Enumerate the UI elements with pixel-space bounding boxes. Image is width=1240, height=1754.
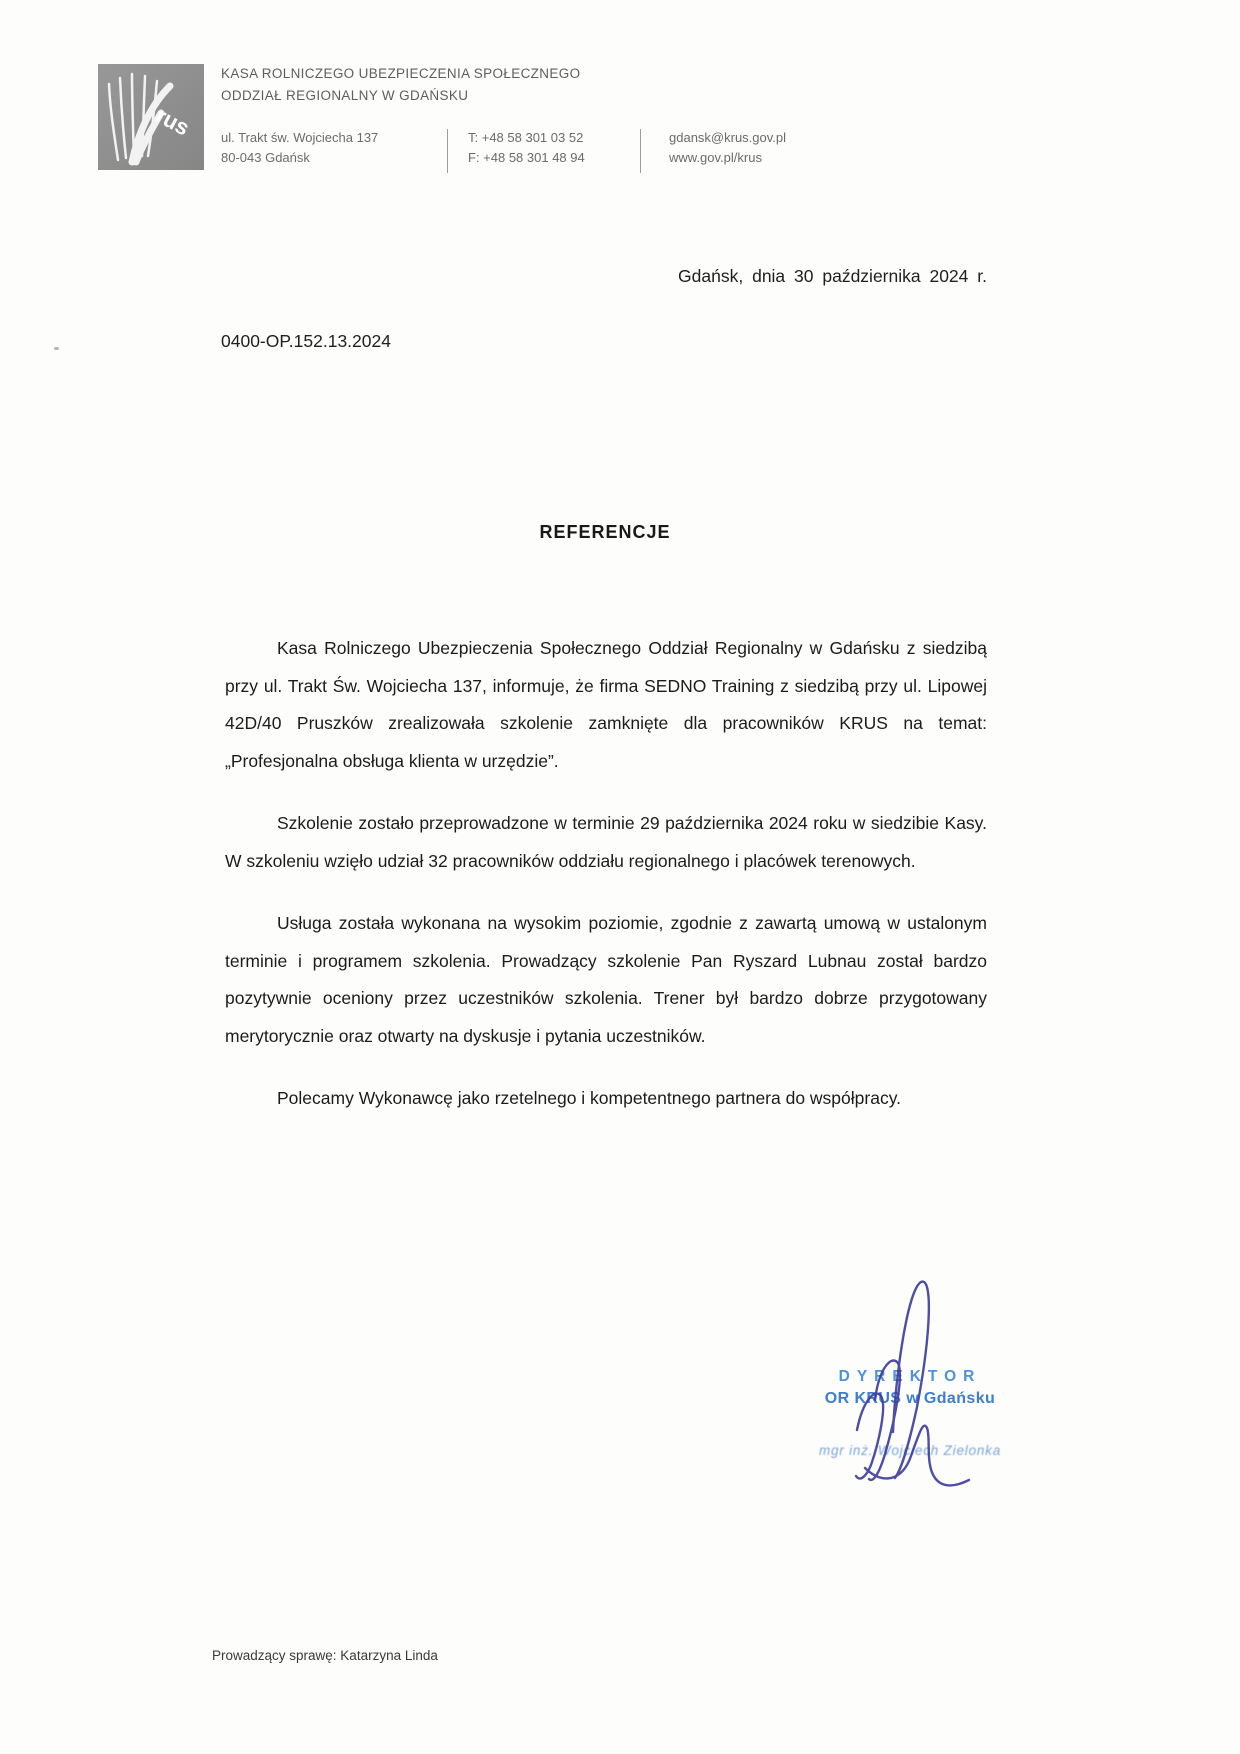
org-name-line1: KASA ROLNICZEGO UBEZPIECZENIA SPOŁECZNEG… <box>221 63 580 85</box>
letter-body: Kasa Rolniczego Ubezpieczenia Społeczneg… <box>225 630 987 1143</box>
org-name-line2: ODDZIAŁ REGIONALNY W GDAŃSKU <box>221 85 580 107</box>
web-block: gdansk@krus.gov.pl www.gov.pl/krus <box>641 128 786 168</box>
phone-block: T: +48 58 301 03 52 F: +48 58 301 48 94 <box>448 128 640 168</box>
org-name-block: KASA ROLNICZEGO UBEZPIECZENIA SPOŁECZNEG… <box>221 63 580 107</box>
fax-number: F: +48 58 301 48 94 <box>468 148 640 168</box>
paragraph-4: Polecamy Wykonawcę jako rzetelnego i kom… <box>225 1080 987 1118</box>
email-address: gdansk@krus.gov.pl <box>669 128 786 148</box>
place-and-date: Gdańsk, dnia 30 października 2024 r. <box>678 266 987 287</box>
address-street: ul. Trakt św. Wojciecha 137 <box>221 128 447 148</box>
address-city: 80-043 Gdańsk <box>221 148 447 168</box>
address-block: ul. Trakt św. Wojciecha 137 80-043 Gdańs… <box>221 128 447 168</box>
krus-emblem-icon: rus <box>98 64 204 170</box>
handwritten-signature <box>845 1272 975 1497</box>
scanned-letter-page: rus KASA ROLNICZEGO UBEZPIECZENIA SPOŁEC… <box>0 0 1240 1754</box>
paragraph-2: Szkolenie zostało przeprowadzone w termi… <box>225 805 987 880</box>
signature-ink-icon <box>845 1272 975 1497</box>
paragraph-1: Kasa Rolniczego Ubezpieczenia Społeczneg… <box>225 630 987 780</box>
scan-artifact-mark <box>54 347 59 350</box>
phone-number: T: +48 58 301 03 52 <box>468 128 640 148</box>
contact-strip: ul. Trakt św. Wojciecha 137 80-043 Gdańs… <box>221 128 786 173</box>
case-handler-line: Prowadzący sprawę: Katarzyna Linda <box>212 1648 438 1663</box>
document-title: REFERENCJE <box>225 522 985 543</box>
reference-number: 0400-OP.152.13.2024 <box>221 331 391 352</box>
paragraph-3: Usługa została wykonana na wysokim pozio… <box>225 905 987 1055</box>
website-url: www.gov.pl/krus <box>669 148 786 168</box>
krus-logo-icon: rus <box>98 64 204 170</box>
